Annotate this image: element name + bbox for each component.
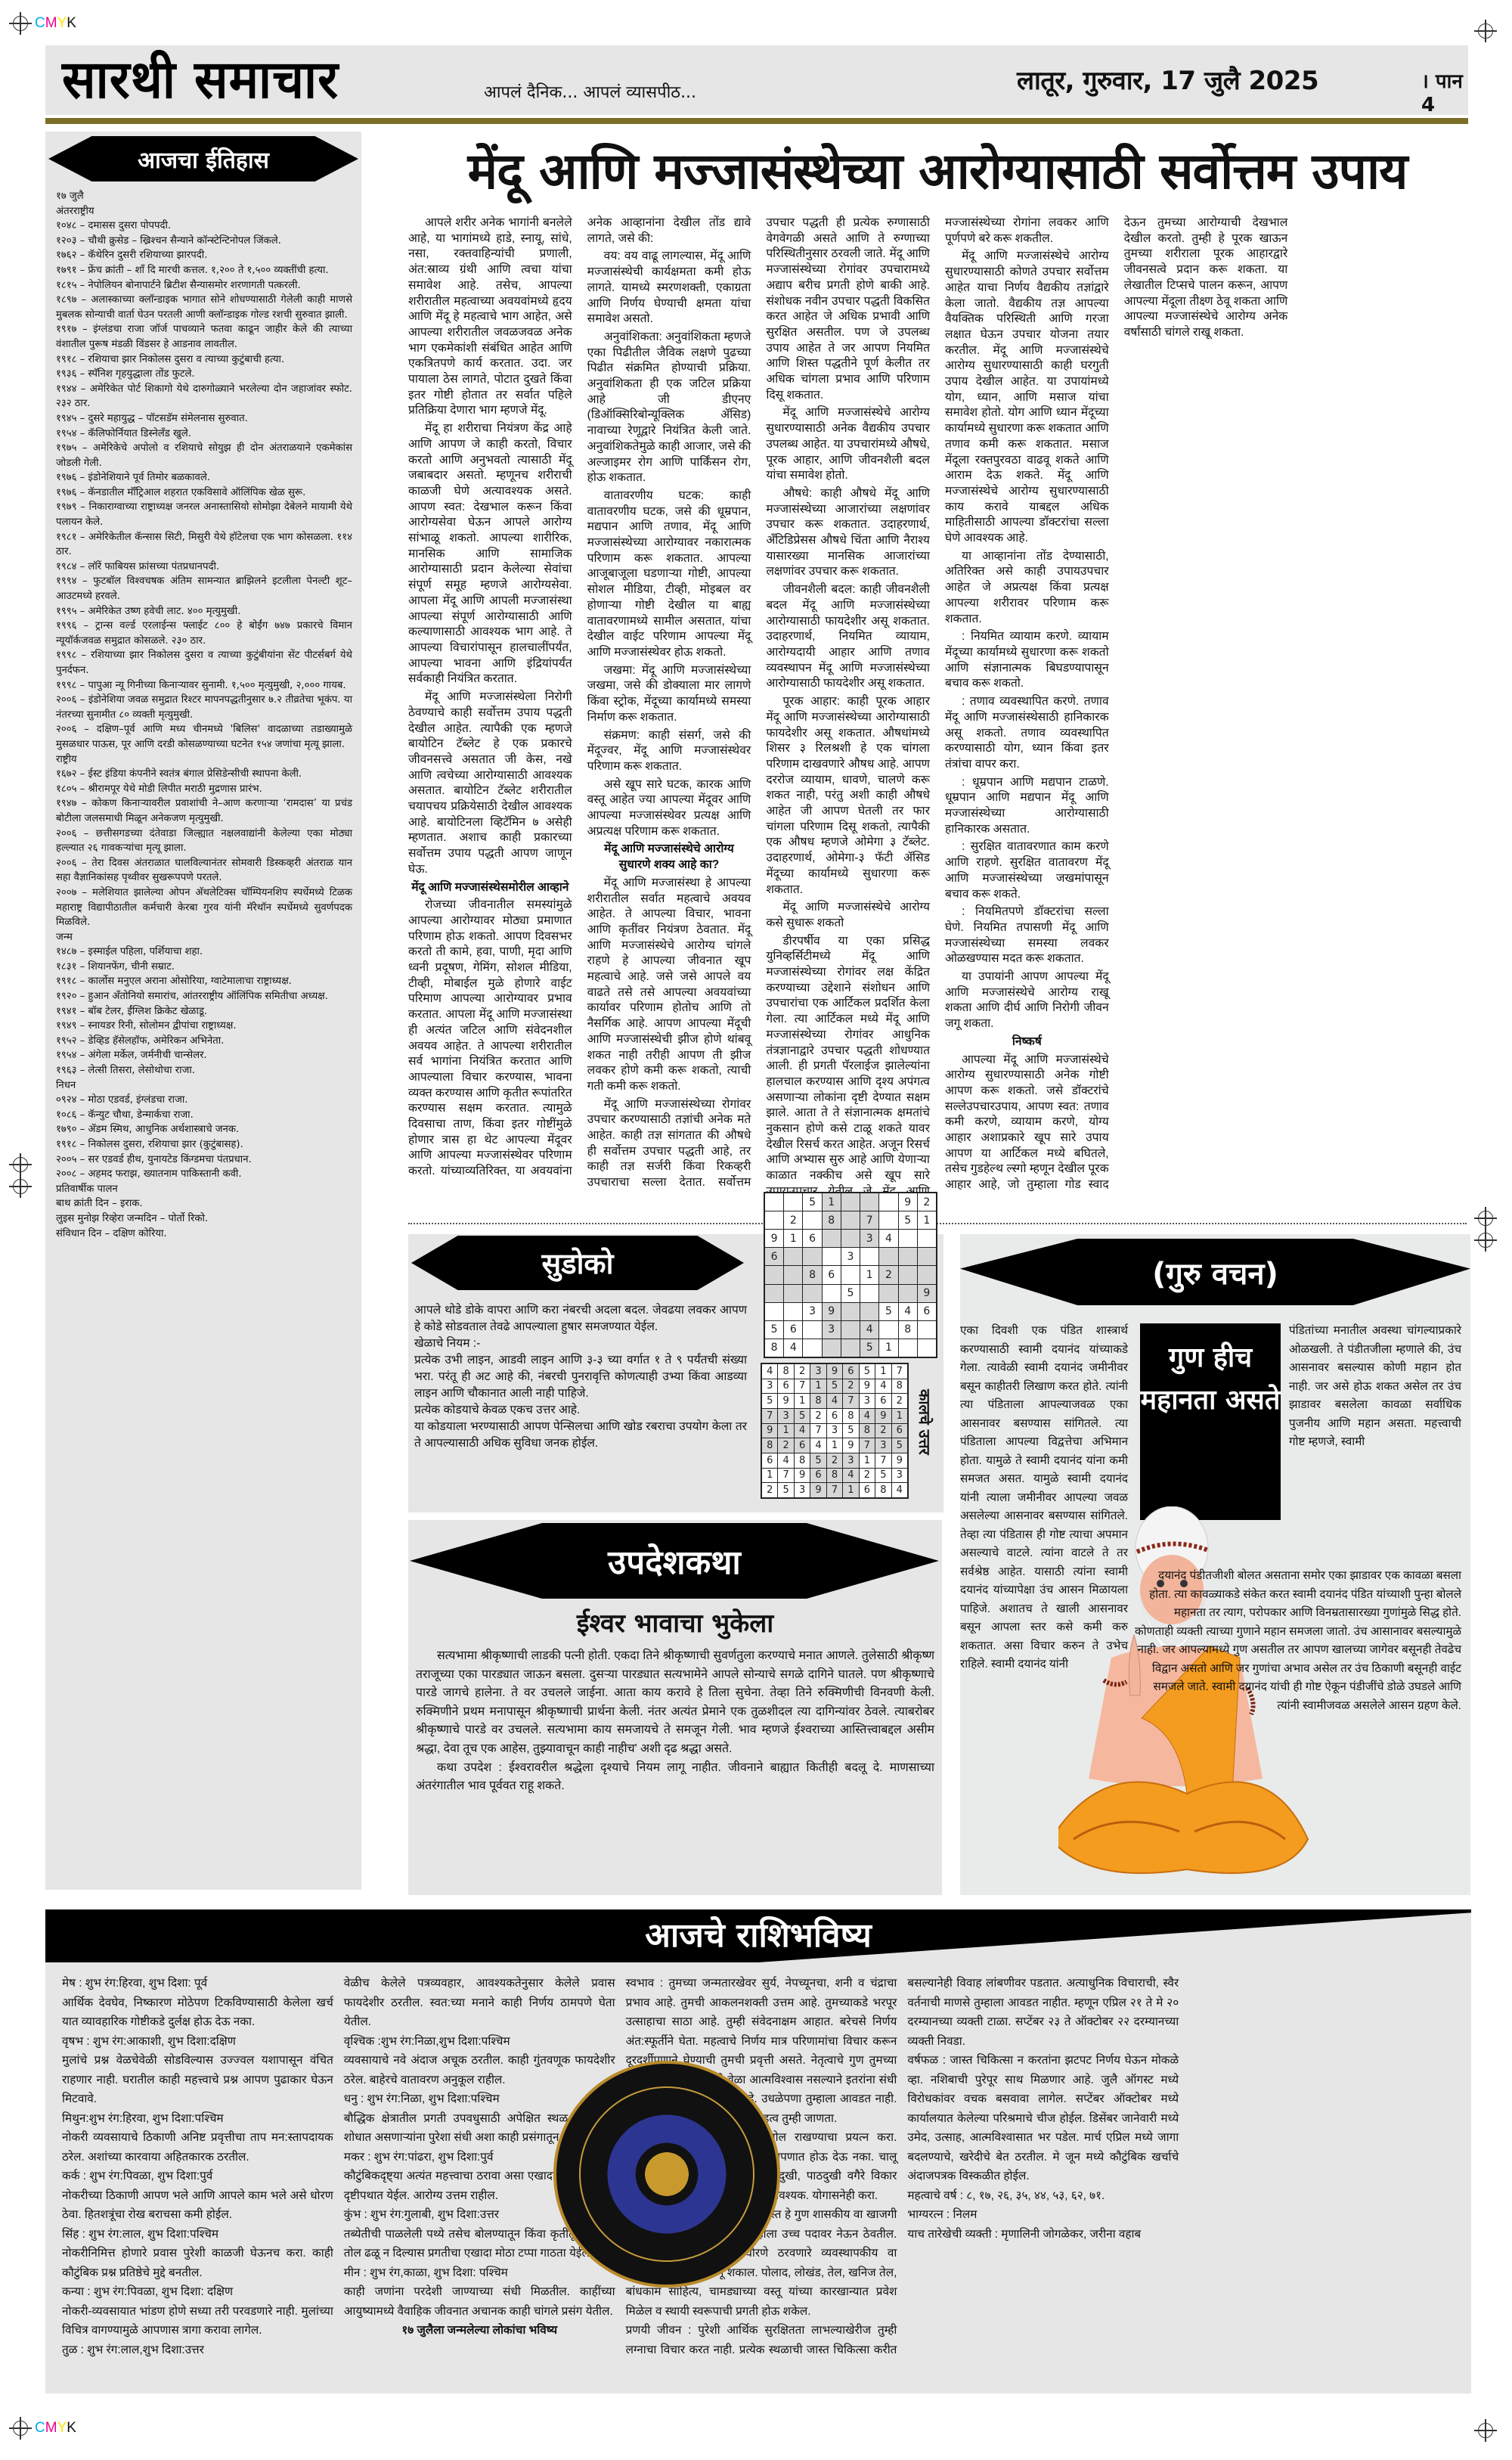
- answer-cell: 5: [875, 1469, 891, 1483]
- article-paragraph: : नियमित व्यायाम करणे. व्यायाम मेंदूच्या…: [945, 629, 1109, 692]
- sudoku-cell[interactable]: 3: [803, 1303, 821, 1320]
- sudoku-cell[interactable]: [765, 1193, 783, 1211]
- answer-cell: 2: [892, 1394, 907, 1408]
- sudoku-cell[interactable]: [784, 1248, 802, 1265]
- sudoku-cell[interactable]: 6: [765, 1248, 783, 1265]
- updesh-katha-section: उपदेशकथा ईश्वर भावाचा भुकेला सत्यभामा श्…: [408, 1520, 942, 1895]
- history-entry: १९१८ – निकोलस दुसरा, रशियाचा झार (कुटुंब…: [56, 1137, 352, 1152]
- answer-cell: 6: [810, 1469, 826, 1483]
- sudoku-cell[interactable]: [784, 1193, 802, 1211]
- sudoku-cell[interactable]: [841, 1303, 860, 1320]
- article-paragraph: वय: वय वाढू लागल्यास, मेंदू आणि मज्जासंस…: [587, 249, 751, 327]
- article-paragraph: या उपायांनी आपण आपल्या मेंदू आणि मज्जासं…: [945, 969, 1109, 1032]
- sudoku-cell[interactable]: [803, 1285, 821, 1302]
- answer-cell: 3: [778, 1409, 793, 1423]
- newspaper-tagline: आपलं दैनिक... आपलं व्यासपीठ...: [484, 80, 696, 103]
- sudoku-cell[interactable]: 5: [841, 1285, 860, 1302]
- sudoku-cell[interactable]: [765, 1211, 783, 1229]
- history-entry: १९९८ – रशियाच्या झार निकोलस दुसरा व त्या…: [56, 648, 352, 678]
- sudoku-cell[interactable]: 5: [803, 1193, 821, 1211]
- sudoku-cell[interactable]: [841, 1230, 860, 1247]
- sudoku-cell[interactable]: 9: [899, 1193, 917, 1211]
- answer-cell: 3: [860, 1394, 875, 1408]
- article-paragraph: मेंदू आणि मज्जासंस्थेचे आरोग्य कसे सुधार…: [766, 900, 930, 931]
- answer-cell: 2: [843, 1379, 858, 1394]
- answer-cell: 2: [795, 1364, 810, 1379]
- history-entry: १०८६ – कॅन्युट चौथा, डेन्मार्कचा राजा.: [56, 1108, 352, 1123]
- history-entry: निधन: [56, 1078, 352, 1094]
- answer-cell: 7: [778, 1469, 793, 1483]
- answer-cell: 5: [843, 1424, 858, 1438]
- history-entry: १९३६ – स्पॅनिश गृहयुद्धाला तोंड फुटले.: [56, 367, 352, 382]
- registration-mark-icon: [1476, 1230, 1495, 1250]
- history-entry: १९५४ – कॅलिफोर्नियात डिस्नेलँड खुले.: [56, 427, 352, 442]
- answer-cell: 5: [778, 1483, 793, 1497]
- article-subheading: मेंदू आणि मज्जासंस्थेसमोरील आव्हाने: [408, 880, 572, 896]
- answer-cell: 2: [762, 1483, 777, 1497]
- answer-cell: 6: [795, 1438, 810, 1453]
- sudoku-cell[interactable]: [823, 1285, 841, 1302]
- sudoku-cell[interactable]: [841, 1266, 860, 1283]
- answer-cell: 9: [843, 1438, 858, 1453]
- answer-cell: 1: [860, 1453, 875, 1468]
- page-number: । पान 4: [1421, 67, 1468, 116]
- sudoku-cell[interactable]: [784, 1303, 802, 1320]
- sudoku-cell[interactable]: [823, 1248, 841, 1265]
- birthday-forecast-item: महत्वाचे वर्ष : ८, १७, २६, ३५, ४४, ५३, ६…: [907, 2186, 1179, 2206]
- sudoku-cell[interactable]: [784, 1285, 802, 1302]
- article-paragraph: वातावरणीय घटक: काही वातावरणीय घटक, जसे क…: [587, 489, 751, 661]
- sudoku-rules-heading: खेळाचे नियम :-: [414, 1335, 747, 1352]
- registration-mark-icon: [11, 1155, 30, 1174]
- article-paragraph: : सुरक्षित वातावरणात काम करणे आणि राहणे.…: [945, 839, 1109, 902]
- birthday-forecast-item: वर्षफळ : जास्त चिकित्सा न करतांना झटपट न…: [907, 2051, 1179, 2186]
- sudoku-cell[interactable]: [765, 1266, 783, 1283]
- answer-cell: 6: [875, 1394, 891, 1408]
- rashi-sign-text: नोकरी व्यवसायाचे ठिकाणी अनिष्ट प्रवृत्ती…: [62, 2128, 333, 2167]
- article-paragraph: मेंदू आणि मज्जासंस्थेचे आरोग्य सुधारण्या…: [945, 249, 1109, 546]
- history-entry: प्रतिवार्षीक पालन: [56, 1182, 352, 1197]
- answer-cell: 5: [762, 1394, 777, 1408]
- sudoku-cell[interactable]: [841, 1339, 860, 1357]
- sudoku-cell[interactable]: [765, 1303, 783, 1320]
- answer-cell: 9: [778, 1394, 793, 1408]
- answer-cell: 7: [860, 1438, 875, 1453]
- history-entry: १९७५ – अमेरिकेचे अपोलो व रशियाचे सोयुझ ह…: [56, 441, 352, 470]
- article-paragraph: पूरक आहार: काही पूरक आहार मेंदू आणि मज्ज…: [766, 694, 930, 898]
- birthday-forecast-item: भाग्यरत्न : निलम: [907, 2205, 1179, 2225]
- history-entry: १७ जुलै: [56, 189, 352, 204]
- sudoku-cell[interactable]: 1: [879, 1339, 897, 1357]
- registration-mark-icon: [1476, 1208, 1495, 1228]
- sudoku-cell[interactable]: [879, 1248, 897, 1265]
- answer-cell: 8: [892, 1379, 907, 1394]
- sudoku-cell[interactable]: 1: [860, 1266, 878, 1283]
- sudoku-cell[interactable]: 9: [823, 1303, 841, 1320]
- answer-cell: 8: [810, 1394, 826, 1408]
- sudoku-cell[interactable]: [918, 1339, 936, 1357]
- sudoku-cell[interactable]: [879, 1193, 897, 1211]
- history-entry: १९१७ – इंग्लंडचा राजा जॉर्ज पाचव्याने फत…: [56, 322, 352, 352]
- rashi-sign-heading: मेष : शुभ रंग:हिरवा, शुभ दिशा: पूर्व: [62, 1974, 333, 1993]
- sudoku-cell[interactable]: 7: [860, 1211, 878, 1229]
- answer-cell: 7: [843, 1394, 858, 1408]
- rashi-sign-text: मुलांचे प्रश्न वेळचेवेळी सोडविल्यास उज्ज…: [62, 2051, 333, 2109]
- history-entry: १७६२ – कॅथेरिन दुसरी रशियाच्या झारपदी.: [56, 248, 352, 263]
- sudoku-cell[interactable]: 5: [765, 1321, 783, 1339]
- sudoku-cell[interactable]: 6: [784, 1321, 802, 1339]
- sudoku-section: सुडोको आपले थोडे डोके वापरा आणि करा नंबर…: [408, 1234, 943, 1512]
- sudoku-puzzle-grid: 519228751916346386125939546563488451: [764, 1192, 937, 1358]
- answer-cell: 7: [762, 1409, 777, 1423]
- article-paragraph: औषधे: काही औषधे मेंदू आणि मज्जासंस्थेच्य…: [766, 486, 930, 580]
- sudoku-cell[interactable]: [879, 1285, 897, 1302]
- sudoku-cell[interactable]: [841, 1321, 860, 1339]
- guru-vachan-section: (गुरु वचन) एका दिवशी एक पंडित शास्त्रार्…: [960, 1234, 1470, 1895]
- answer-cell: 5: [860, 1364, 875, 1379]
- sudoku-cell[interactable]: [860, 1193, 878, 1211]
- history-entry: २००६ – छत्तीसगडच्या दंतेवाडा जिल्ह्यात न…: [56, 827, 352, 856]
- sudoku-cell[interactable]: 2: [879, 1266, 897, 1283]
- history-entry: १९७६ – इंडोनेशियाने पूर्व तिमोर बळकावले.: [56, 470, 352, 485]
- history-entry: १९४५ – दुसरे महायुद्ध – पॉटसडॅम संमेलनास…: [56, 411, 352, 427]
- rashi-sign-heading: कन्या : शुभ रंग:पिवळा, शुभ दिशा: दक्षिण: [62, 2282, 333, 2302]
- answer-cell: 9: [827, 1364, 842, 1379]
- dateline: लातूर, गुरुवार, 17 जुलै 2025: [1017, 62, 1318, 97]
- answer-cell: 1: [875, 1364, 891, 1379]
- answer-cell: 7: [827, 1483, 842, 1497]
- sudoku-rule: प्रत्येक कोडयाचे केवळ एकच उत्तर आहे.: [414, 1402, 747, 1419]
- article-paragraph: असे खूप सारे घटक, कारक आणि वस्तू आहेत ज्…: [587, 777, 751, 840]
- article-paragraph: अनुवांशिकता: अनुवांशिकता म्हणजे एका पिढी…: [587, 330, 751, 486]
- answer-cell: 1: [762, 1469, 777, 1483]
- rashi-sign-heading: मीन : शुभ रंग,काळा, शुभ दिशा: पश्चिम: [344, 2263, 615, 2283]
- history-entry: १९६३ – लेत्सी तिसरा, लेसोथोचा राजा.: [56, 1063, 352, 1078]
- article-paragraph: जीवनशैली बदल: काही जीवनशैली बदल मेंदू आण…: [766, 582, 930, 692]
- history-list: १७ जुलैअंतरराष्ट्रीय१०४८ – दमासस दुसरा प…: [56, 189, 352, 1241]
- sudoku-cell[interactable]: [803, 1248, 821, 1265]
- story-title: ईश्वर भावाचा भुकेला: [408, 1605, 942, 1639]
- answer-cell: 9: [892, 1453, 907, 1468]
- sudoku-cell[interactable]: 5: [899, 1211, 917, 1229]
- sudoku-cell[interactable]: [841, 1211, 860, 1229]
- answer-cell: 4: [778, 1453, 793, 1468]
- answer-cell: 5: [892, 1438, 907, 1453]
- answer-cell: 3: [843, 1453, 858, 1468]
- history-section: आजचा ईतिहास १७ जुलैअंतरराष्ट्रीय१०४८ – द…: [45, 132, 361, 1890]
- sudoku-cell[interactable]: [918, 1248, 936, 1265]
- rashi-sign-heading: धनु : शुभ रंग:निळा, शुभ दिशा:पश्चिम: [344, 2089, 615, 2109]
- article-paragraph: संक्रमण: काही संसर्ग, जसे की मेंदूज्वर, …: [587, 728, 751, 775]
- main-headline: मेंदू आणि मज्जासंस्थेच्या आरोग्यासाठी सर…: [404, 130, 1470, 213]
- answer-cell: 2: [778, 1438, 793, 1453]
- sudoku-cell[interactable]: [918, 1266, 936, 1283]
- history-entry: १९५४ – अंगेला मर्केल, जर्मनीची चान्सेलर.: [56, 1048, 352, 1063]
- answer-cell: 6: [778, 1379, 793, 1394]
- registration-mark-icon: [11, 1177, 30, 1196]
- answer-cell: 9: [860, 1379, 875, 1394]
- article-paragraph: जखमा: मेंदू आणि मज्जासंस्थेच्या जखमा, जस…: [587, 663, 751, 726]
- answer-cell: 1: [827, 1438, 842, 1453]
- article-paragraph: आपले शरीर अनेक भागांनी बनलेले आहे, या भा…: [408, 216, 572, 419]
- history-entry: १९७६ – कॅनडातील मॉँट्रिआल शहरात एकविसावे…: [56, 485, 352, 501]
- history-entry: १९४१ – बॉब टेलर, ईंग्लिश क्रिकेट खेळाडू.: [56, 1004, 352, 1019]
- history-entry: १९८१ – अमेरिकेतील कॅन्सास सिटी, मिसुरी य…: [56, 530, 352, 560]
- answer-cell: 8: [778, 1364, 793, 1379]
- sudoku-cell[interactable]: 3: [823, 1321, 841, 1339]
- history-entry: लुइस मुनोझ रिव्हेरा जन्मदिन – पोर्तो रिक…: [56, 1211, 352, 1227]
- sudoku-rule: या कोडयाला भरण्यासाठी आपण पेन्सिलचा आणि …: [414, 1419, 747, 1452]
- history-entry: १९५२ – डेव्हिड हॅसेलहॉफ, अमेरिकन अभिनेता…: [56, 1034, 352, 1049]
- answer-cell: 5: [827, 1379, 842, 1394]
- answer-cell: 9: [810, 1483, 826, 1497]
- sudoku-cell[interactable]: 5: [879, 1303, 897, 1320]
- sudoku-cell[interactable]: [879, 1321, 897, 1339]
- answer-cell: 2: [860, 1469, 875, 1483]
- story-paragraph: सत्यभामा श्रीकृष्णाची लाडकी पत्नी होती. …: [416, 1647, 934, 1759]
- sudoku-cell[interactable]: [860, 1248, 878, 1265]
- answer-cell: 1: [892, 1409, 907, 1423]
- rashi-sign-text: काही जणांना परदेशी जाण्याच्या संधी मिळती…: [344, 2282, 615, 2321]
- story-body: सत्यभामा श्रीकृष्णाची लाडकी पत्नी होती. …: [416, 1647, 934, 1796]
- history-heading: आजचा ईतिहास: [48, 136, 358, 181]
- answer-cell: 7: [892, 1364, 907, 1379]
- article-paragraph: : धूम्रपान आणि मद्यपान टाळणे. धूम्रपान आ…: [945, 775, 1109, 838]
- sudoku-cell[interactable]: 4: [784, 1339, 802, 1357]
- history-entry: १९१८ – कार्लोस मनुएल अराना ओसोरिया, ग्वा…: [56, 974, 352, 989]
- answer-cell: 8: [827, 1469, 842, 1483]
- sudoku-cell[interactable]: [918, 1230, 936, 1247]
- history-entry: जन्म: [56, 930, 352, 945]
- article-paragraph: मेंदू आणि मज्जासंस्थेचे आरोग्य सुधारण्या…: [766, 405, 930, 484]
- answer-cell: 7: [875, 1453, 891, 1468]
- rashi-sign-text: नोकरी-व्यवसायात भांडण होणे सध्या तरी परव…: [62, 2302, 333, 2341]
- sudoku-cell[interactable]: [899, 1339, 917, 1357]
- answer-cell: 4: [810, 1438, 826, 1453]
- history-entry: १९४९ – स्नायडर रिनी, सोलोमन द्वीपांचा रा…: [56, 1019, 352, 1034]
- sudoku-cell[interactable]: 1: [918, 1211, 936, 1229]
- guru-vachan-heading: (गुरु वचन): [960, 1239, 1470, 1305]
- sudoku-cell[interactable]: 8: [765, 1339, 783, 1357]
- updesh-katha-heading: उपदेशकथा: [410, 1523, 939, 1599]
- answer-cell: 3: [827, 1424, 842, 1438]
- history-entry: बाथ क्रांती दिन – इराक.: [56, 1196, 352, 1211]
- answer-cell: 1: [810, 1379, 826, 1394]
- answer-cell: 6: [827, 1409, 842, 1423]
- sudoku-cell[interactable]: [860, 1303, 878, 1320]
- answer-cell: 8: [860, 1424, 875, 1438]
- sudoku-cell[interactable]: 1: [784, 1230, 802, 1247]
- history-entry: १९१८ – रशियाचा झार निकोलस दुसरा व त्याच्…: [56, 352, 352, 368]
- answer-cell: 4: [892, 1483, 907, 1497]
- rashi-sign-text: वेळीच केलेले पत्रव्यवहार, आवश्यकतेनुसार …: [344, 1974, 615, 2032]
- answer-cell: 8: [875, 1483, 891, 1497]
- answer-cell: 8: [762, 1438, 777, 1453]
- answer-cell: 2: [827, 1453, 842, 1468]
- answer-cell: 4: [795, 1424, 810, 1438]
- answer-cell: 1: [843, 1483, 858, 1497]
- guru-vachan-text-bottom: दयानंद पंडीतजीशी बोलत असताना समोर एका झा…: [1134, 1567, 1461, 1715]
- answer-cell: 4: [827, 1394, 842, 1408]
- sudoku-cell[interactable]: [918, 1321, 936, 1339]
- sudoku-cell[interactable]: [899, 1285, 917, 1302]
- sudoku-cell[interactable]: [899, 1230, 917, 1247]
- sudoku-cell[interactable]: 2: [918, 1193, 936, 1211]
- birthday-heading: १७ जुलैला जन्मलेल्या लोकांचा भविष्य: [344, 2321, 615, 2341]
- sudoku-cell[interactable]: [803, 1211, 821, 1229]
- sudoku-cell[interactable]: 9: [765, 1230, 783, 1247]
- sudoku-cell[interactable]: 8: [899, 1321, 917, 1339]
- sudoku-cell[interactable]: 2: [784, 1211, 802, 1229]
- sudoku-cell[interactable]: 8: [803, 1266, 821, 1283]
- newspaper-title: सारथी समाचार: [62, 47, 339, 112]
- answer-cell: 4: [860, 1409, 875, 1423]
- sudoku-cell[interactable]: 4: [899, 1303, 917, 1320]
- history-entry: ०९२४ – मोठा एडवर्ड, इंग्लंडचा राजा.: [56, 1093, 352, 1108]
- rashi-sign-heading: तुळ : शुभ रंग:लाल,शुभ दिशा:उत्तर: [62, 2341, 333, 2360]
- answer-cell: 9: [795, 1469, 810, 1483]
- rashi-sign-heading: वृश्चिक :शुभ रंग:निळा,शुभ दिशा:पश्चिम: [344, 2032, 615, 2052]
- masthead-rule: [45, 118, 1468, 124]
- sudoku-cell[interactable]: 9: [918, 1285, 936, 1302]
- sudoku-answer-label: कालचे उत्तर: [915, 1389, 935, 1455]
- history-entry: १९७९ – निकाराग्वाच्या राष्ट्राध्यक्ष जनर…: [56, 500, 352, 529]
- history-entry: २००८ – अहमद फराझ, ख्यातनाम पाकिस्तानी कव…: [56, 1167, 352, 1182]
- sudoku-cell[interactable]: 4: [860, 1321, 878, 1339]
- history-entry: १९२० – हुआन अँतोनियो समारांच, आंतरराष्ट्…: [56, 989, 352, 1004]
- rashi-sign-text: आर्थिक देवघेव, निष्कारण मोठेपण टिकविण्या…: [62, 1993, 333, 2032]
- article-paragraph: : नियमितपणे डॉक्टरांचा सल्ला घेणे. नियमि…: [945, 904, 1109, 967]
- registration-mark-icon: [11, 14, 30, 33]
- sudoku-cell[interactable]: [841, 1193, 860, 1211]
- sudoku-cell[interactable]: [899, 1266, 917, 1283]
- answer-cell: 9: [762, 1424, 777, 1438]
- registration-mark-icon: [1476, 2421, 1495, 2440]
- history-entry: २००६ – दक्षिण–पूर्व आणि मध्य चीनमध्ये 'ब…: [56, 722, 352, 752]
- rashi-sign-text: व्यवसायाचे नवे अंदाज अचूक ठरतील. काही गु…: [344, 2051, 615, 2089]
- answer-cell: 3: [795, 1483, 810, 1497]
- answer-cell: 5: [810, 1453, 826, 1468]
- answer-cell: 6: [762, 1453, 777, 1468]
- sudoku-cell[interactable]: [803, 1321, 821, 1339]
- sudoku-cell[interactable]: 5: [860, 1339, 878, 1357]
- sudoku-cell[interactable]: [765, 1285, 783, 1302]
- answer-cell: 6: [892, 1424, 907, 1438]
- history-entry: १८१५ – नेपोलियन बोनापार्टने ब्रिटीश सैन्…: [56, 278, 352, 293]
- sudoku-cell[interactable]: [823, 1339, 841, 1357]
- article-paragraph: : तणाव व्यवस्थापित करणे. तणाव मेंदू आणि …: [945, 694, 1109, 773]
- history-entry: १९९६ – ट्रान्स वर्ल्ड एरलाईन्स फ्लाईट ८०…: [56, 619, 352, 648]
- answer-cell: 8: [843, 1409, 858, 1423]
- answer-cell: 4: [875, 1379, 891, 1394]
- sudoku-cell[interactable]: [860, 1285, 878, 1302]
- rashi-sign-heading: वृषभ : शुभ रंग:आकाशी, शुभ दिशा:दक्षिण: [62, 2032, 333, 2052]
- sudoku-cell[interactable]: [803, 1339, 821, 1357]
- rashi-sign-heading: सिंह : शुभ रंग:लाल, शुभ दिशा:पश्चिम: [62, 2225, 333, 2244]
- history-entry: १९९८ – पापुआ न्यू गिनीच्या किनाऱ्यावर सु…: [56, 678, 352, 693]
- guru-vachan-text-right: पंडितांच्या मनातील अवस्था चांगल्याप्रकार…: [1289, 1322, 1461, 1452]
- history-entry: १८३१ – शियानफेंग, चीनी सम्राट.: [56, 960, 352, 975]
- sudoku-cell[interactable]: [899, 1248, 917, 1265]
- story-moral: कथा उपदेश : ईश्वरावरील श्रद्धेला दृश्याच…: [416, 1759, 934, 1796]
- answer-cell: 2: [875, 1424, 891, 1438]
- sudoku-cell[interactable]: 4: [879, 1230, 897, 1247]
- answer-cell: 7: [795, 1379, 810, 1394]
- history-entry: १०४८ – दमासस दुसरा पोपपदी.: [56, 219, 352, 234]
- rashi-heading: आजचे राशिभविष्य: [45, 1909, 1471, 1962]
- answer-cell: 4: [762, 1364, 777, 1379]
- sudoku-instructions: आपले थोडे डोके वापरा आणि करा नंबरची अदला…: [414, 1302, 747, 1452]
- history-entry: १८९७ – अलास्काच्या क्लॉन्डाइक भागात सोने…: [56, 293, 352, 322]
- sudoku-cell[interactable]: [784, 1266, 802, 1283]
- history-entry: २००७ – मलेशियात झालेल्या ओपन अ‍ॅथलेटिक्स…: [56, 886, 352, 930]
- history-entry: संविधान दिन – दक्षिण कोरिया.: [56, 1227, 352, 1242]
- article-paragraph: मेंदू हा शरीराचा नियंत्रण केंद्र आहे आणि…: [408, 421, 572, 687]
- history-entry: १९४७ – कोकण किनाऱ्यावरील प्रवाशांची ने–आ…: [56, 796, 352, 826]
- history-entry: २००६ – तेरा दिवस अंतराळात घालविल्यानंतर …: [56, 856, 352, 886]
- rashi-sign-heading: कर्क : शुभ रंग:पिवळा, शुभ दिशा:पुर्व: [62, 2167, 333, 2186]
- sudoku-cell[interactable]: 1: [823, 1193, 841, 1211]
- birthday-forecast-item: याच तारेखेची व्यक्ती : मृणालिनी जोगळेकर,…: [907, 2225, 1179, 2244]
- sudoku-cell[interactable]: [823, 1230, 841, 1247]
- history-entry: राष्ट्रीय: [56, 752, 352, 768]
- sudoku-cell[interactable]: 3: [841, 1248, 860, 1265]
- sudoku-cell[interactable]: 6: [918, 1303, 936, 1320]
- history-entry: १७९० – ॲडम स्मिथ, आधुनिक अर्थशास्त्राचे …: [56, 1122, 352, 1137]
- article-subheading: मेंदू आणि मज्जासंस्थेचे आरोग्य सुधारणे श…: [587, 842, 751, 873]
- answer-cell: 4: [843, 1469, 858, 1483]
- article-paragraph: मेंदू आणि मज्जासंस्था हे आपल्या शरीरातील…: [587, 876, 751, 1095]
- registration-mark-icon: [11, 2418, 30, 2438]
- cmyk-mark-bottom: CMYK: [11, 2418, 76, 2438]
- registration-mark-icon: [1476, 21, 1495, 41]
- article-paragraph: या आव्हानांना तोंड देण्यासाठी, अतिरिक्त …: [945, 549, 1109, 628]
- sudoku-answer-grid: 4823965173671529485918473627352684919147…: [761, 1363, 909, 1499]
- sudoku-cell[interactable]: 6: [803, 1230, 821, 1247]
- section-divider: [408, 1223, 1467, 1224]
- history-entry: १२०३ – चौथी क्रुसेड – ख्रिश्चन सैन्याने …: [56, 234, 352, 249]
- history-entry: २००५ – सर एडवर्ड हीथ, युनायटेड किंग्डमचा…: [56, 1152, 352, 1168]
- history-entry: १९४४ – अमेरिकेत पोर्ट शिकागो येथे दारुगो…: [56, 382, 352, 411]
- history-entry: १६७२ – ईस्ट इंडिया कंपनीने स्वतंत्र बंगा…: [56, 767, 352, 782]
- answer-cell: 2: [810, 1409, 826, 1423]
- history-entry: अंतरराष्ट्रीय: [56, 204, 352, 219]
- history-entry: १९८४ – लॉरें फाबियस फ्रांसच्या पंतप्रधान…: [56, 560, 352, 575]
- rashi-sign-text: नोकरीच्या ठिकाणी आपण भले आणि आपले काम भल…: [62, 2186, 333, 2225]
- sudoku-cell[interactable]: 6: [823, 1266, 841, 1283]
- history-entry: १९९४ – फुटबॉल विश्वचषक अंतिम सामन्यात ब्…: [56, 574, 352, 603]
- answer-cell: 8: [795, 1453, 810, 1468]
- sudoku-intro-text: आपले थोडे डोके वापरा आणि करा नंबरची अदला…: [414, 1302, 747, 1335]
- sudoku-cell[interactable]: 8: [823, 1211, 841, 1229]
- answer-cell: 6: [860, 1483, 875, 1497]
- history-entry: १८०५ – श्रीरामपूर येथे मोडी लिपीत मराठी …: [56, 782, 352, 797]
- cmyk-mark-top: CMYK: [11, 14, 76, 33]
- answer-cell: 1: [778, 1424, 793, 1438]
- sudoku-cell[interactable]: 3: [860, 1230, 878, 1247]
- zodiac-wheel-icon: [553, 2061, 780, 2288]
- sudoku-rule: प्रत्येक उभी लाइन, आडवी लाइन आणि ३-३ च्य…: [414, 1352, 747, 1402]
- rashi-sign-heading: मिथुन:शुभ रंग:हिरवा, शुभ दिशा:पश्चिम: [62, 2109, 333, 2129]
- answer-cell: 1: [795, 1394, 810, 1408]
- article-paragraph: मेंदू आणि मज्जासंस्थेला निरोगी ठेवण्याचे…: [408, 690, 572, 877]
- answer-cell: 3: [762, 1379, 777, 1394]
- sudoku-cell[interactable]: [879, 1211, 897, 1229]
- history-entry: १९९५ – अमेरिकेत उष्ण हवेची लाट. ४०० मृत्…: [56, 604, 352, 619]
- history-entry: २००६ – इंडोनेशिया जवळ समुद्रात रिश्टर मा…: [56, 693, 352, 722]
- answer-cell: 3: [892, 1469, 907, 1483]
- article-subheading: निष्कर्ष: [945, 1035, 1109, 1050]
